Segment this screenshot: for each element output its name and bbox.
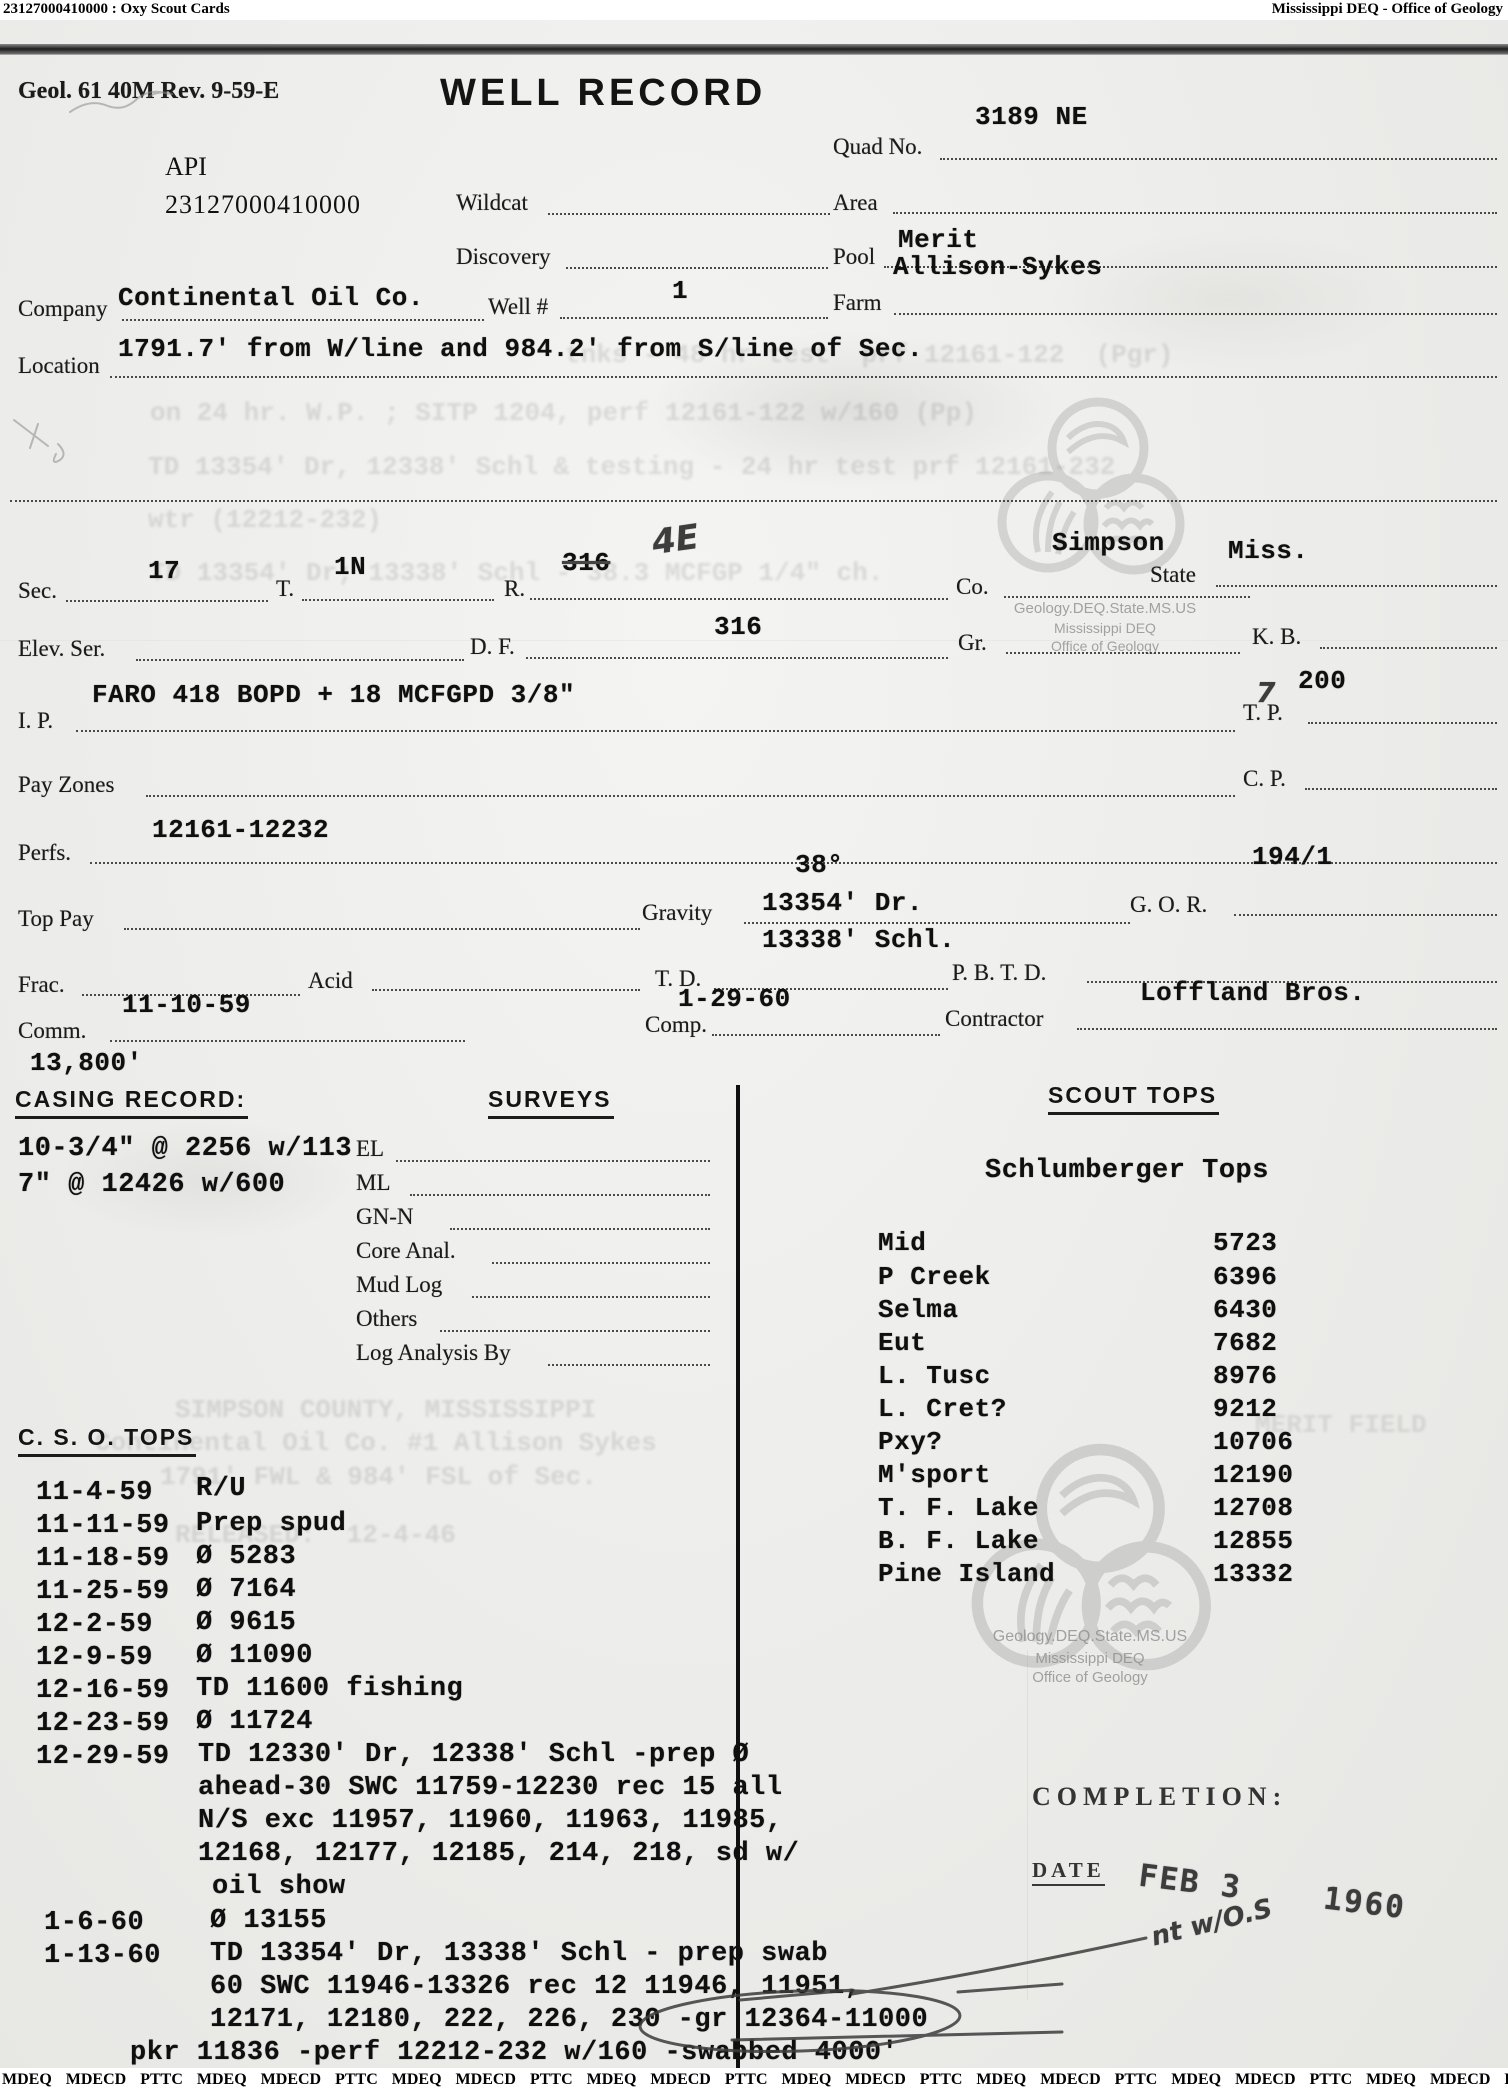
surveys-title: SURVEYS — [488, 1086, 614, 1119]
company-line — [122, 319, 484, 321]
pool-value: Merit — [898, 225, 979, 255]
form-revision: Geol. 61 40M Rev. 9-59-E — [18, 78, 279, 105]
cso-entry: 12171, 12180, 222, 226, 230 -gr 12364-11… — [210, 2005, 928, 2035]
cso-date: 12-23-59 — [36, 1709, 170, 1739]
column-divider-line — [736, 1085, 740, 2070]
scout-top-depth: 9212 — [1213, 1394, 1277, 1424]
cso-date: 11-4-59 — [36, 1478, 153, 1508]
tp-label: T. P. — [1243, 700, 1283, 726]
cso-entry: 12168, 12177, 12185, 214, 218, sd w/ — [198, 1839, 799, 1869]
farm-value: Allison-Sykes — [893, 252, 1102, 282]
scanned-well-record-page: 23127000410000 : Oxy Scout Cards Mississ… — [0, 0, 1508, 2094]
state-label: State — [1150, 562, 1196, 588]
watermark-url: Geology.DEQ.State.MS.US — [993, 1628, 1187, 1646]
farm-label: Farm — [833, 290, 882, 316]
elev-line — [136, 659, 464, 661]
pool-label: Pool — [833, 244, 875, 270]
survey-item-gnn: GN-N — [356, 1204, 414, 1230]
comp-line — [712, 1034, 940, 1036]
scout-top-depth: 6430 — [1213, 1295, 1277, 1325]
scout-top-depth: 6396 — [1213, 1262, 1277, 1292]
survey-item-ml: ML — [356, 1170, 391, 1196]
cso-entry: Prep spud — [196, 1509, 346, 1539]
scout-top-name: Pxy? — [878, 1427, 942, 1457]
comm-value: 11-10-59 — [122, 990, 251, 1020]
gravity-label: Gravity — [642, 900, 712, 926]
gravity-line — [744, 922, 1130, 924]
quad-label: Quad No. — [833, 134, 922, 160]
sec-value: 17 — [148, 556, 180, 586]
td-value-schlumberger: 13338' Schl. — [762, 925, 955, 955]
comm-label: Comm. — [18, 1018, 86, 1044]
cso-date: 12-9-59 — [36, 1643, 153, 1673]
viewer-title-left: 23127000410000 : Oxy Scout Cards — [3, 1, 230, 18]
cso-entry: N/S exc 11957, 11960, 11963, 11985, — [198, 1806, 783, 1836]
sec-line — [66, 600, 268, 602]
township-value: 1N — [334, 552, 366, 582]
cso-date: 1-6-60 — [44, 1908, 144, 1938]
cso-entry: Ø 11724 — [196, 1707, 313, 1737]
contractor-value: Loffland Bros. — [1140, 978, 1365, 1008]
gor-label: G. O. R. — [1130, 892, 1207, 918]
cso-entry: ahead-30 SWC 11759-12230 rec 15 all — [198, 1773, 783, 1803]
api-value: 23127000410000 — [165, 190, 361, 220]
df-value: 316 — [714, 612, 762, 642]
location-label: Location — [18, 353, 100, 379]
cso-entry: Ø 9615 — [196, 1608, 296, 1638]
casing-line: 7" @ 12426 w/600 — [18, 1170, 285, 1200]
footer-strip: MDEQ MDECD PTTC MDEQ MDECD PTTC MDEQ MDE… — [0, 2068, 1508, 2094]
scout-top-name: B. F. Lake — [878, 1526, 1039, 1556]
survey-item-others: Others — [356, 1306, 417, 1332]
area-line — [893, 212, 1497, 214]
ip-line — [76, 730, 1235, 732]
cso-entry: TD 12330' Dr, 12338' Schl -prep Ø — [198, 1740, 749, 1770]
elev-label: Elev. Ser. — [18, 636, 105, 662]
comm-line — [110, 1040, 465, 1042]
td-value-driller: 13354' Dr. — [762, 888, 923, 918]
watermark-org: Mississippi DEQ — [1054, 620, 1156, 636]
viewer-title-right: Mississippi DEQ - Office of Geology — [1272, 1, 1503, 18]
scout-top-name: P Creek — [878, 1262, 991, 1292]
top-pay-label: Top Pay — [18, 906, 94, 932]
scout-top-name: Pine Island — [878, 1559, 1055, 1589]
watermark-office: Office of Geology — [1032, 1669, 1148, 1686]
cso-date: 12-2-59 — [36, 1610, 153, 1640]
discovery-line — [566, 267, 828, 269]
range-struck-value: 316 — [562, 548, 610, 578]
watermark-url: Geology.DEQ.State.MS.US — [1014, 600, 1196, 617]
quad-line — [940, 158, 1497, 160]
ip-value: FARO 418 BOPD + 18 MCFGPD 3/8" — [92, 680, 575, 710]
location-line-2 — [10, 500, 1497, 502]
company-label: Company — [18, 296, 107, 322]
county-line — [1004, 596, 1250, 598]
cso-date: 12-16-59 — [36, 1676, 170, 1706]
acid-line — [372, 989, 640, 991]
cso-entry: TD 11600 fishing — [196, 1674, 463, 1704]
scout-tops-subtitle: Schlumberger Tops — [985, 1156, 1269, 1186]
contractor-line — [1077, 1028, 1497, 1030]
pbtd-label: P. B. T. D. — [952, 960, 1046, 986]
cso-entry: Ø 7164 — [196, 1575, 296, 1605]
well-number-value: 1 — [672, 276, 688, 306]
contractor-label: Contractor — [945, 1006, 1043, 1032]
scout-top-name: Mid — [878, 1228, 926, 1258]
footer-strip-text: MDEQ MDECD PTTC MDEQ MDECD PTTC MDEQ MDE… — [2, 2071, 1508, 2089]
ghost-text: on 24 hr. W.P. ; SITP 1204, perf 12161-1… — [150, 398, 977, 428]
perfs-value: 12161-12232 — [152, 815, 329, 845]
survey-item-mud-log: Mud Log — [356, 1272, 442, 1298]
scout-top-depth: 8976 — [1213, 1361, 1277, 1391]
cso-entry: oil show — [212, 1872, 346, 1902]
location-value: 1791.7' from W/line and 984.2' from S/li… — [118, 334, 923, 364]
county-label: Co. — [956, 574, 989, 600]
kb-label: K. B. — [1252, 624, 1301, 650]
cso-date: 12-29-59 — [36, 1742, 170, 1772]
cp-label: C. P. — [1243, 766, 1286, 792]
gr-line — [1006, 652, 1240, 654]
scan-top-edge — [0, 44, 1508, 55]
quad-value: 3189 NE — [975, 102, 1088, 132]
ghost-text: wtr (12212-232) — [148, 505, 382, 535]
survey-line — [472, 1296, 710, 1298]
well-number-label: Well # — [488, 294, 548, 320]
company-value: Continental Oil Co. — [118, 283, 424, 313]
df-line — [526, 657, 948, 659]
comp-label: Comp. — [645, 1012, 707, 1038]
scout-top-depth: 5723 — [1213, 1228, 1277, 1258]
completion-stamp-title: COMPLETION: — [1032, 1782, 1287, 1812]
cso-entry: TD 13354' Dr, 13338' Schl - prep swab — [210, 1939, 828, 1969]
ip-label: I. P. — [18, 708, 53, 734]
range-label: R. — [504, 576, 525, 602]
survey-line — [396, 1160, 710, 1162]
scout-top-depth: 12190 — [1213, 1460, 1294, 1490]
township-line — [302, 599, 494, 601]
survey-item-log-analysis: Log Analysis By — [356, 1340, 511, 1366]
scout-top-name: Selma — [878, 1295, 959, 1325]
location-line — [110, 376, 1497, 378]
cso-entry: pkr 11836 -perf 12212-232 w/160 -swabbed… — [130, 2038, 898, 2068]
range-handwritten-value: 4E — [649, 517, 701, 563]
scout-top-depth: 12708 — [1213, 1493, 1294, 1523]
survey-line — [410, 1194, 710, 1196]
gravity-value: 38° — [795, 850, 843, 880]
survey-line — [440, 1330, 710, 1332]
tp-line — [1308, 722, 1497, 724]
tp-value: 200 — [1298, 666, 1346, 696]
page-title: WELL RECORD — [440, 72, 766, 115]
casing-line: 10-3/4" @ 2256 w/113 — [18, 1134, 352, 1164]
cso-date: 11-11-59 — [36, 1511, 170, 1541]
county-value: Simpson — [1052, 528, 1165, 558]
top-pay-line — [124, 928, 640, 930]
township-label: T. — [276, 576, 294, 602]
casing-record-title: CASING RECORD: — [15, 1086, 248, 1119]
cp-line — [1305, 788, 1497, 790]
df-label: D. F. — [470, 634, 515, 660]
ghost-text: TD 13354' Dr, 12338' Schl & testing - 24… — [148, 452, 1115, 482]
scout-top-name: L. Tusc — [878, 1361, 991, 1391]
gr-label: Gr. — [958, 630, 987, 656]
cso-date: 1-13-60 — [44, 1941, 161, 1971]
range-line — [530, 598, 948, 600]
ghost-text: SIMPSON COUNTY, MISSISSIPPI — [175, 1395, 596, 1425]
scout-top-name: L. Cret? — [878, 1394, 1007, 1424]
watermark-org: Mississippi DEQ — [1035, 1650, 1144, 1667]
survey-line — [548, 1364, 710, 1366]
area-label: Area — [833, 190, 878, 216]
survey-line — [450, 1228, 710, 1230]
cso-entry: R/U — [196, 1474, 246, 1504]
state-value: Miss. — [1228, 536, 1309, 566]
survey-item-core-anal: Core Anal. — [356, 1238, 456, 1264]
scout-top-name: Eut — [878, 1328, 926, 1358]
paper-crease — [1027, 1650, 1028, 2000]
scout-top-name: T. F. Lake — [878, 1493, 1039, 1523]
scout-top-depth: 7682 — [1213, 1328, 1277, 1358]
wildcat-label: Wildcat — [456, 190, 528, 216]
scout-tops-title: SCOUT TOPS — [1048, 1082, 1219, 1115]
scout-top-name: M'sport — [878, 1460, 991, 1490]
frac-label: Frac. — [18, 972, 65, 998]
cso-entry: Ø 5283 — [196, 1542, 296, 1572]
sec-label: Sec. — [18, 578, 57, 604]
gor-line — [1234, 914, 1497, 916]
completion-date-label: DATE — [1032, 1858, 1105, 1886]
scout-top-depth: 12855 — [1213, 1526, 1294, 1556]
cso-date: 11-18-59 — [36, 1544, 170, 1574]
pay-zones-label: Pay Zones — [18, 772, 114, 798]
state-line — [1216, 585, 1497, 587]
perfs-label: Perfs. — [18, 840, 71, 866]
cso-entry: Ø 11090 — [196, 1641, 313, 1671]
cso-tops-title: C. S. O. TOPS — [18, 1424, 196, 1457]
scout-top-depth: 10706 — [1213, 1427, 1294, 1457]
api-label: API — [165, 152, 207, 182]
cso-date: 11-25-59 — [36, 1577, 170, 1607]
wildcat-line — [548, 213, 830, 215]
cso-entry: 60 SWC 11946-13326 rec 12 11946, 11951, — [210, 1972, 861, 2002]
acid-label: Acid — [308, 968, 353, 994]
survey-line — [492, 1262, 710, 1264]
discovery-label: Discovery — [456, 244, 551, 270]
well-number-line — [560, 317, 828, 319]
cso-entry: Ø 13155 — [210, 1906, 327, 1936]
gor-value: 194/1 — [1252, 842, 1333, 872]
scout-top-depth: 13332 — [1213, 1559, 1294, 1589]
survey-item-el: EL — [356, 1136, 384, 1162]
pay-zones-line — [146, 795, 1235, 797]
kb-line — [1320, 647, 1497, 649]
farm-line — [894, 313, 1497, 315]
total-depth-note: 13,800' — [30, 1048, 143, 1078]
comp-value: 1-29-60 — [678, 984, 791, 1014]
